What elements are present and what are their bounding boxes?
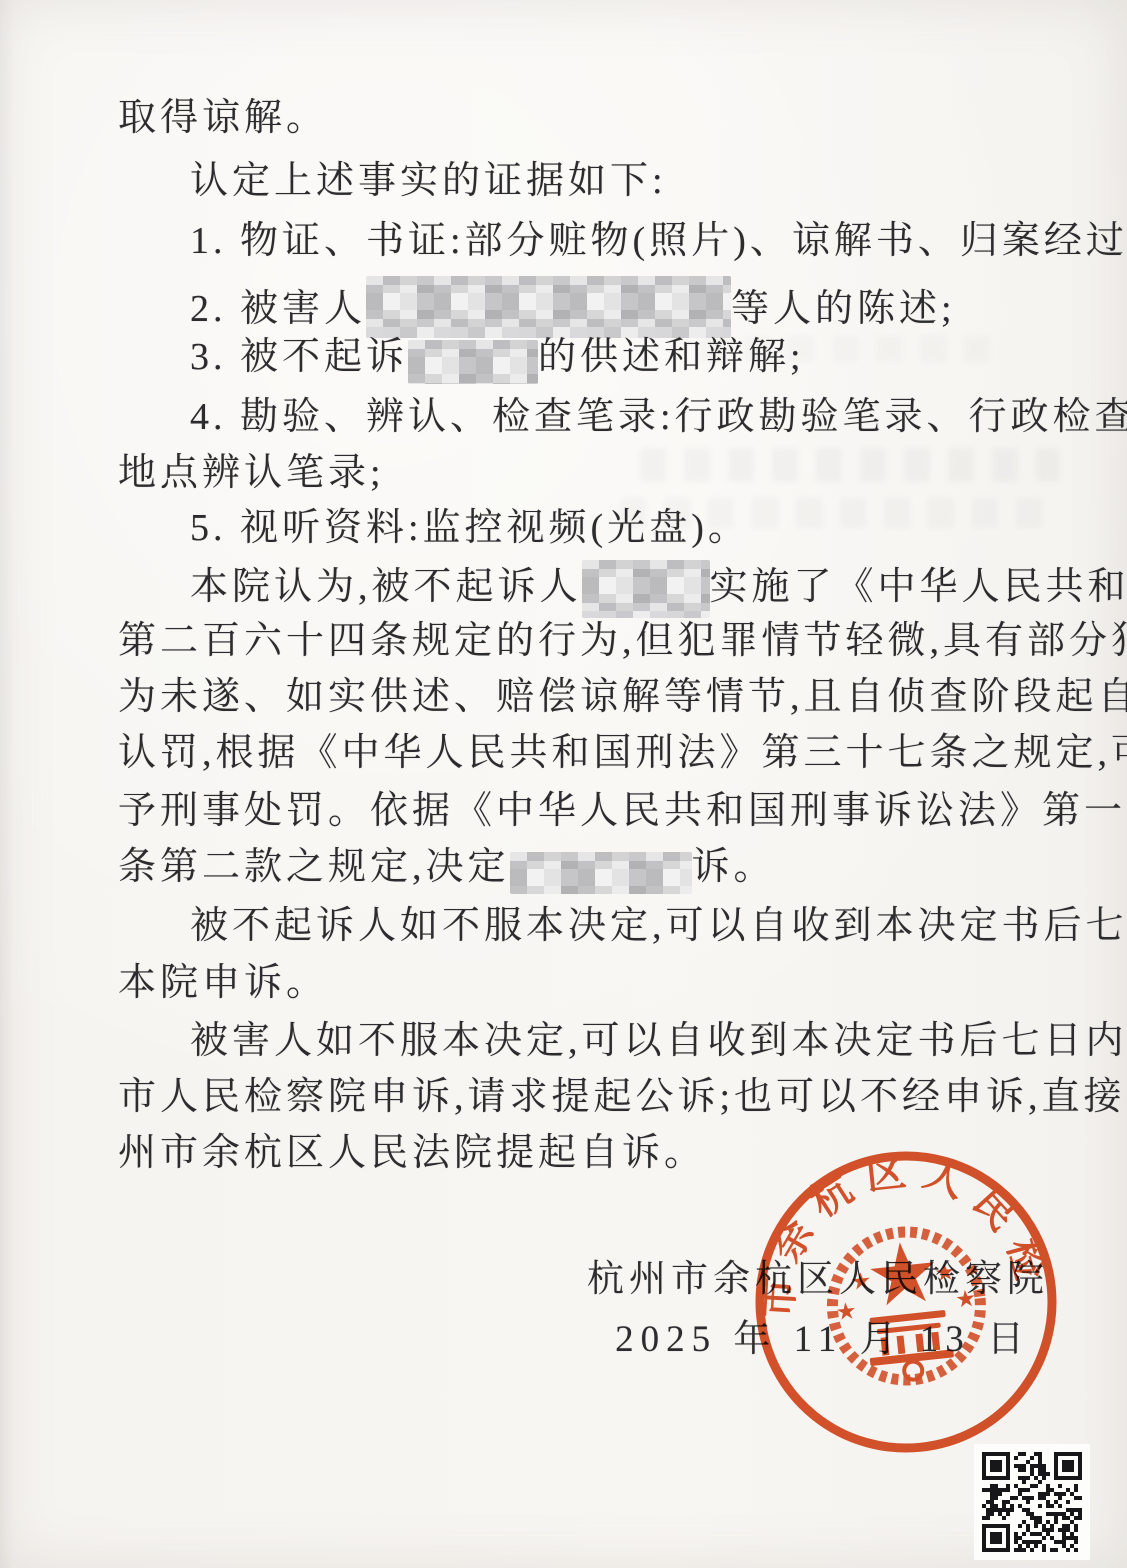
body-line: 为未遂、如实供述、赔偿谅解等情节,且自侦查阶段起自愿认罪 [118, 674, 1057, 720]
body-line: 认罚,根据《中华人民共和国刑法》第三十七条之规定,可以免 [118, 730, 1057, 776]
body-line: 予刑事处罚。依据《中华人民共和国刑事诉讼法》第一百七十七 [118, 788, 1057, 834]
body-text: 实施了《中华人民共和国刑法》 [710, 566, 1127, 608]
body-line: 被害人如不服本决定,可以自收到本决定书后七日内向杭州 [190, 1018, 1057, 1064]
body-text: 3. 被不起诉 [190, 336, 408, 378]
redaction-mosaic [510, 852, 692, 894]
body-text: 等人的陈述; [731, 288, 956, 330]
qr-code [982, 1452, 1082, 1552]
official-seal: 杭州市余杭区人民检察院 [735, 1131, 1078, 1474]
body-line-redacted: 3. 被不起诉的供述和辩解; [190, 334, 1057, 380]
body-text: 的供述和辩解; [538, 336, 805, 378]
scanned-document-page: 取得谅解。 认定上述事实的证据如下: 1. 物证、书证:部分赃物(照片)、谅解书… [0, 0, 1127, 1568]
body-line: 地点辨认笔录; [118, 450, 1057, 496]
redaction-mosaic [582, 560, 710, 618]
body-line: 本院申诉。 [118, 960, 1057, 1006]
body-line: 州市余杭区人民法院提起自诉。 [118, 1130, 1057, 1176]
body-line: 第二百六十四条规定的行为,但犯罪情节轻微,具有部分犯罪行 [118, 618, 1057, 664]
body-line: 取得谅解。 [118, 95, 1057, 141]
body-line: 认定上述事实的证据如下: [190, 158, 1057, 204]
body-text: 诉。 [692, 846, 776, 888]
body-line-redacted: 条第二款之规定,决定诉。 [118, 844, 1057, 890]
body-line: 1. 物证、书证:部分赃物(照片)、谅解书、归案经过等; [190, 218, 1057, 264]
body-line: 4. 勘验、辨认、检查笔录:行政勘验笔录、行政检查笔录、 [190, 394, 1057, 440]
body-line: 5. 视听资料:监控视频(光盘)。 [190, 505, 1057, 551]
body-text: 本院认为,被不起诉人 [190, 566, 582, 608]
redaction-mosaic [408, 340, 538, 384]
signature-agency: 杭州市余杭区人民检察院 [587, 1248, 1049, 1302]
body-line-redacted: 本院认为,被不起诉人实施了《中华人民共和国刑法》 [190, 560, 1057, 610]
redaction-mosaic [366, 276, 731, 338]
body-line: 市人民检察院申诉,请求提起公诉;也可以不经申诉,直接向杭 [118, 1074, 1057, 1120]
signature-date: 2025 年 11 月 13 日 [615, 1308, 1031, 1362]
body-text: 条第二款之规定,决定 [118, 846, 510, 888]
body-line: 被不起诉人如不服本决定,可以自收到本决定书后七日内向 [190, 903, 1057, 949]
body-text: 2. 被害人 [190, 288, 366, 330]
body-line-redacted: 2. 被害人等人的陈述; [190, 276, 1057, 332]
